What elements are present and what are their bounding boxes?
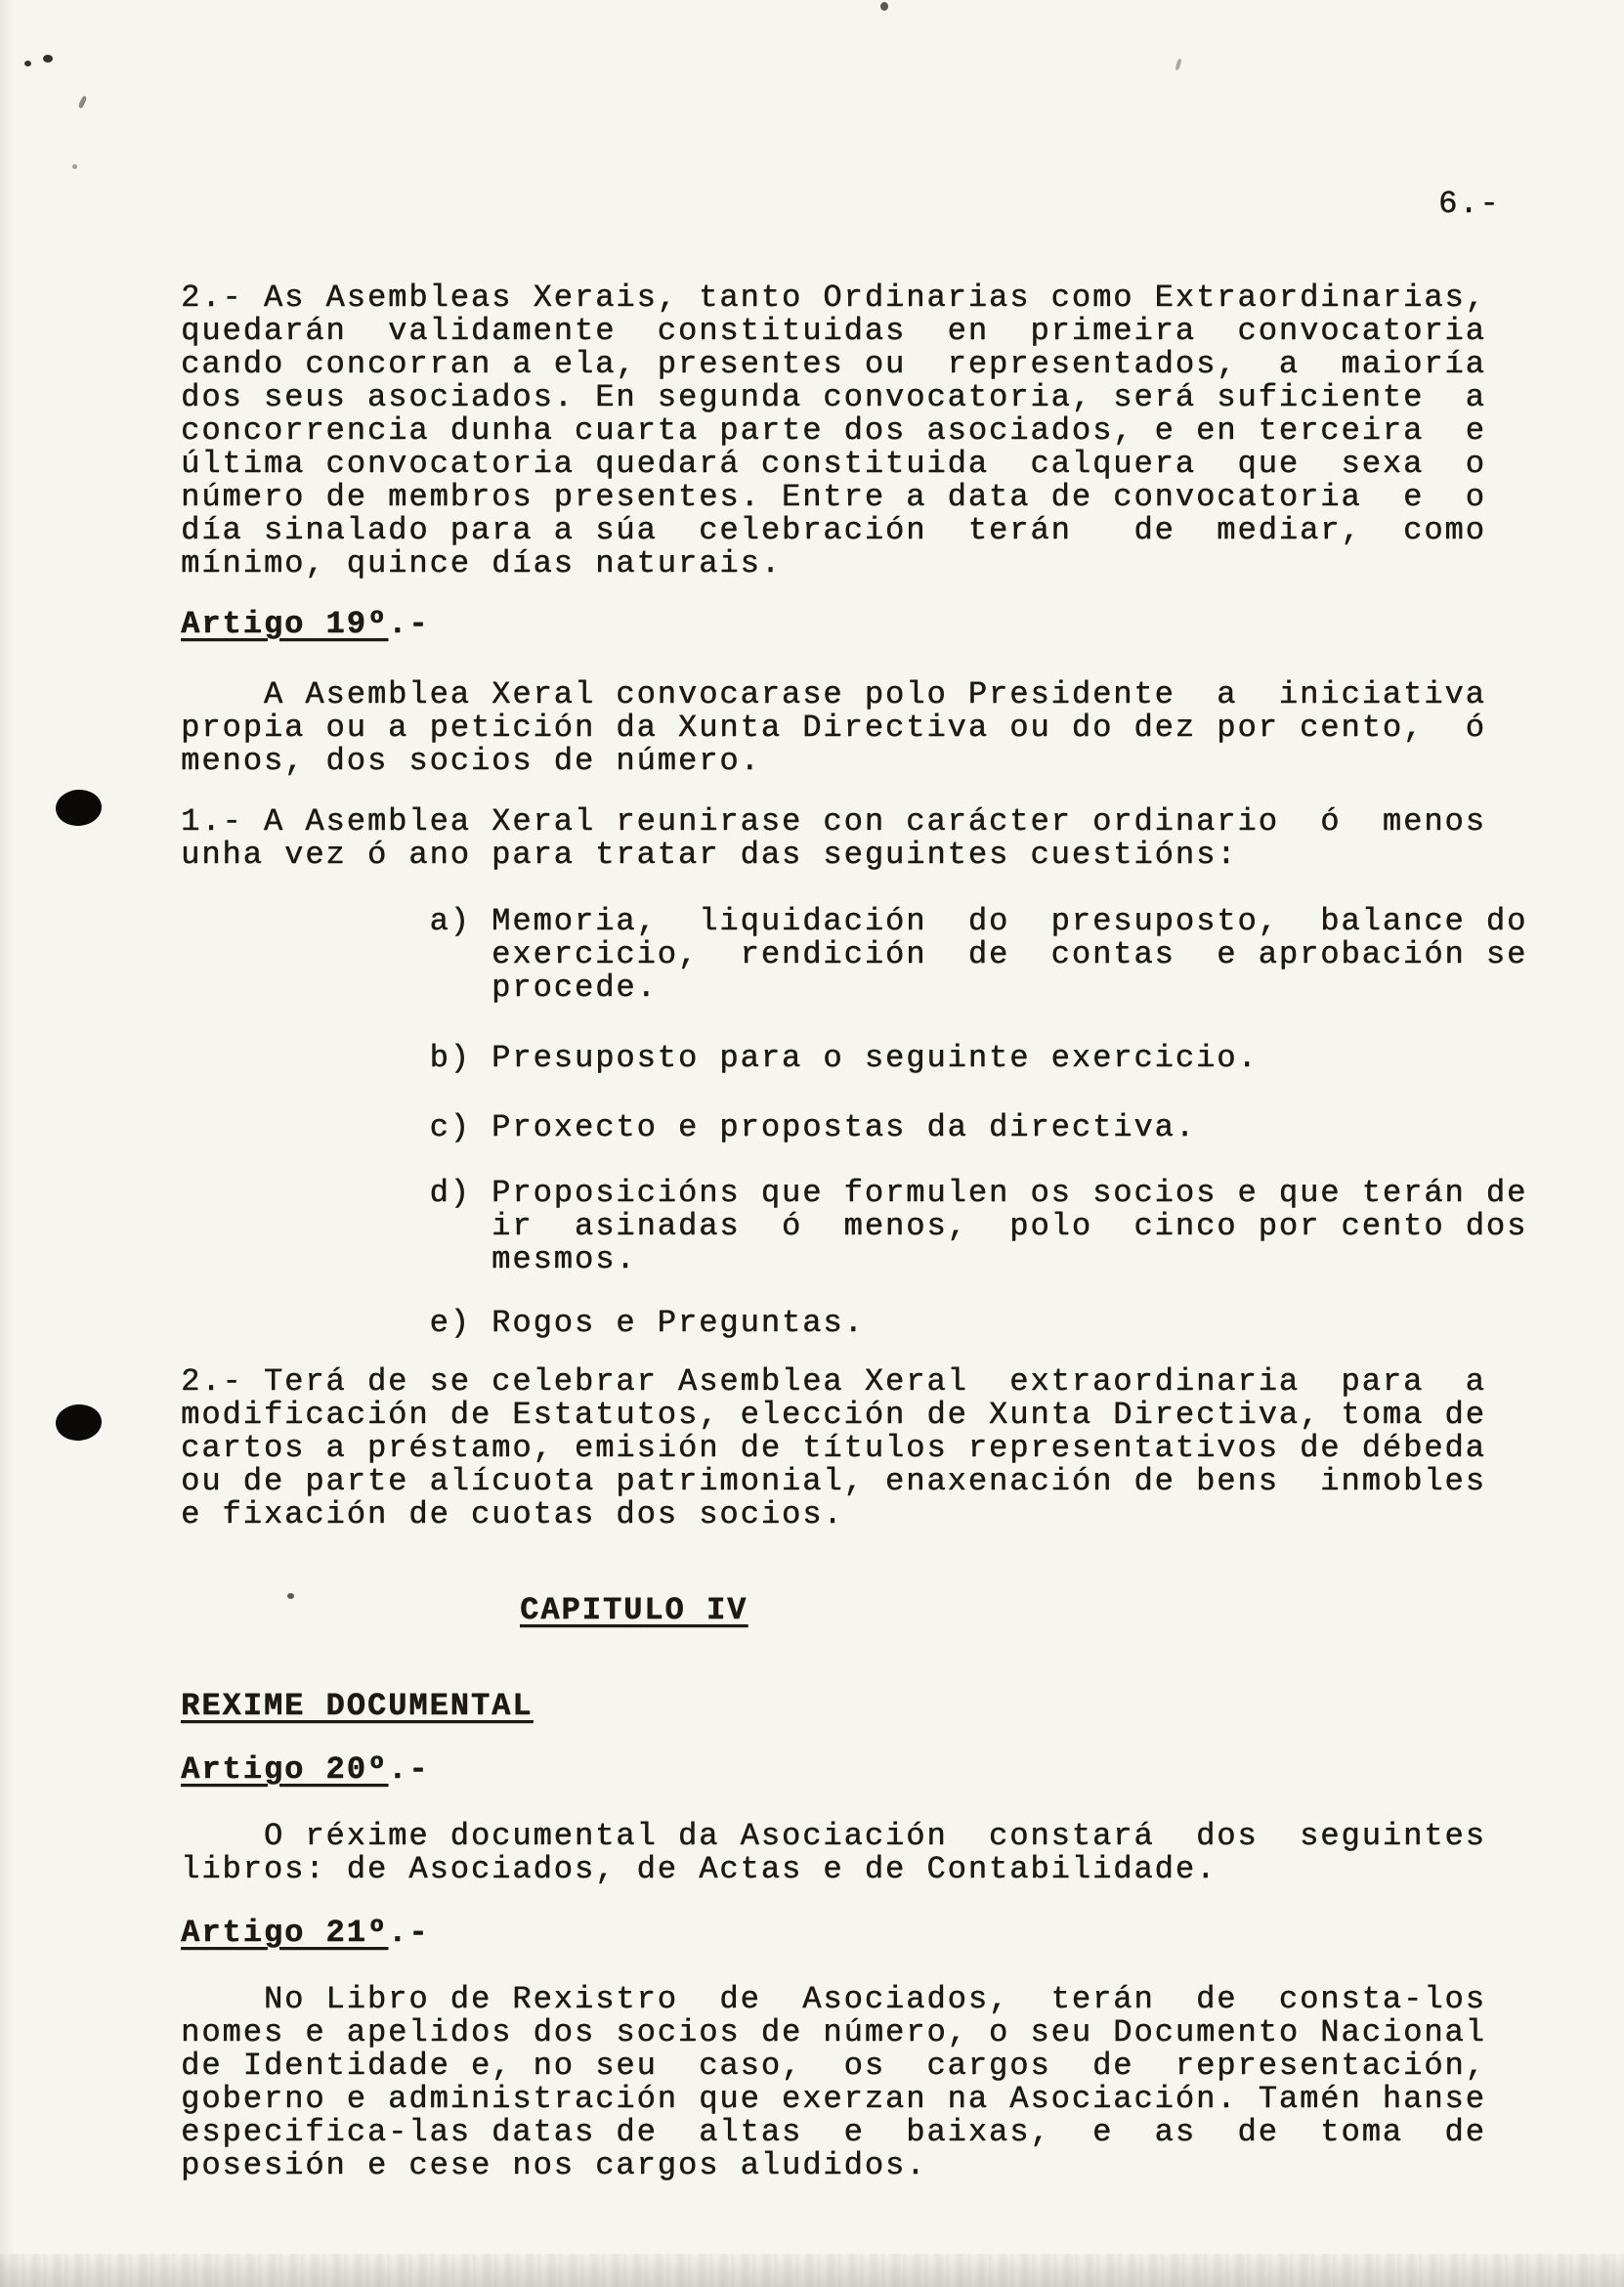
scan-speck bbox=[287, 1593, 294, 1599]
heading-artigo-19-suffix: .- bbox=[388, 606, 429, 642]
scan-speck bbox=[24, 61, 31, 66]
heading-artigo-20-label: Artigo 20º bbox=[181, 1751, 388, 1788]
heading-artigo-19-label: Artigo 19º bbox=[181, 606, 388, 642]
scan-speck bbox=[1175, 59, 1182, 71]
paragraph-asemblea-extraordinaria: 2.- Terá de se celebrar Asemblea Xeral e… bbox=[181, 1365, 1486, 1532]
list-item-a: a) Memoria, liquidación do presuposto, b… bbox=[181, 905, 1527, 1005]
scan-speck bbox=[72, 164, 77, 169]
paragraph-convocatoria: A Asemblea Xeral convocarase polo Presid… bbox=[181, 678, 1486, 778]
scan-speck bbox=[880, 2, 888, 11]
heading-rexime-documental-label: REXIME DOCUMENTAL bbox=[181, 1688, 533, 1724]
heading-artigo-21-suffix: .- bbox=[388, 1915, 429, 1951]
heading-artigo-20-suffix: .- bbox=[388, 1751, 429, 1788]
heading-artigo-21: Artigo 21º.- bbox=[181, 1917, 429, 1950]
hole-punch-top bbox=[55, 788, 103, 827]
heading-capitulo-iv-label: CAPITULO IV bbox=[520, 1592, 748, 1628]
paragraph-asembleas-xerais: 2.- As Asembleas Xerais, tanto Ordinaria… bbox=[181, 281, 1486, 581]
scan-speck bbox=[43, 55, 53, 63]
heading-artigo-19: Artigo 19º.- bbox=[181, 608, 429, 641]
heading-capitulo-iv: CAPITULO IV bbox=[520, 1594, 748, 1627]
list-item-c: c) Proxecto e propostas da directiva. bbox=[181, 1111, 1196, 1144]
scan-speck bbox=[78, 96, 88, 109]
paragraph-asemblea-ordinaria: 1.- A Asemblea Xeral reunirase con carác… bbox=[181, 805, 1486, 872]
list-item-e: e) Rogos e Preguntas. bbox=[181, 1307, 865, 1340]
scan-edge-shade bbox=[0, 0, 14, 2287]
heading-artigo-21-label: Artigo 21º bbox=[181, 1915, 388, 1951]
paragraph-libro-rexistro: No Libro de Rexistro de Asociados, terán… bbox=[181, 1983, 1486, 2182]
list-item-d: d) Proposicións que formulen os socios e… bbox=[181, 1177, 1527, 1276]
paragraph-rexime-documental: O réxime documental da Asociación consta… bbox=[181, 1820, 1486, 1886]
page-number: 6.- bbox=[1438, 188, 1501, 221]
heading-artigo-20: Artigo 20º.- bbox=[181, 1753, 429, 1787]
hole-punch-bottom bbox=[55, 1402, 103, 1442]
list-item-b: b) Presuposto para o seguinte exercicio. bbox=[181, 1042, 1259, 1075]
heading-rexime-documental: REXIME DOCUMENTAL bbox=[181, 1690, 533, 1723]
scan-bottom-edge bbox=[0, 2254, 1624, 2287]
scanned-document-page: 6.- 2.- As Asembleas Xerais, tanto Ordin… bbox=[0, 0, 1624, 2287]
